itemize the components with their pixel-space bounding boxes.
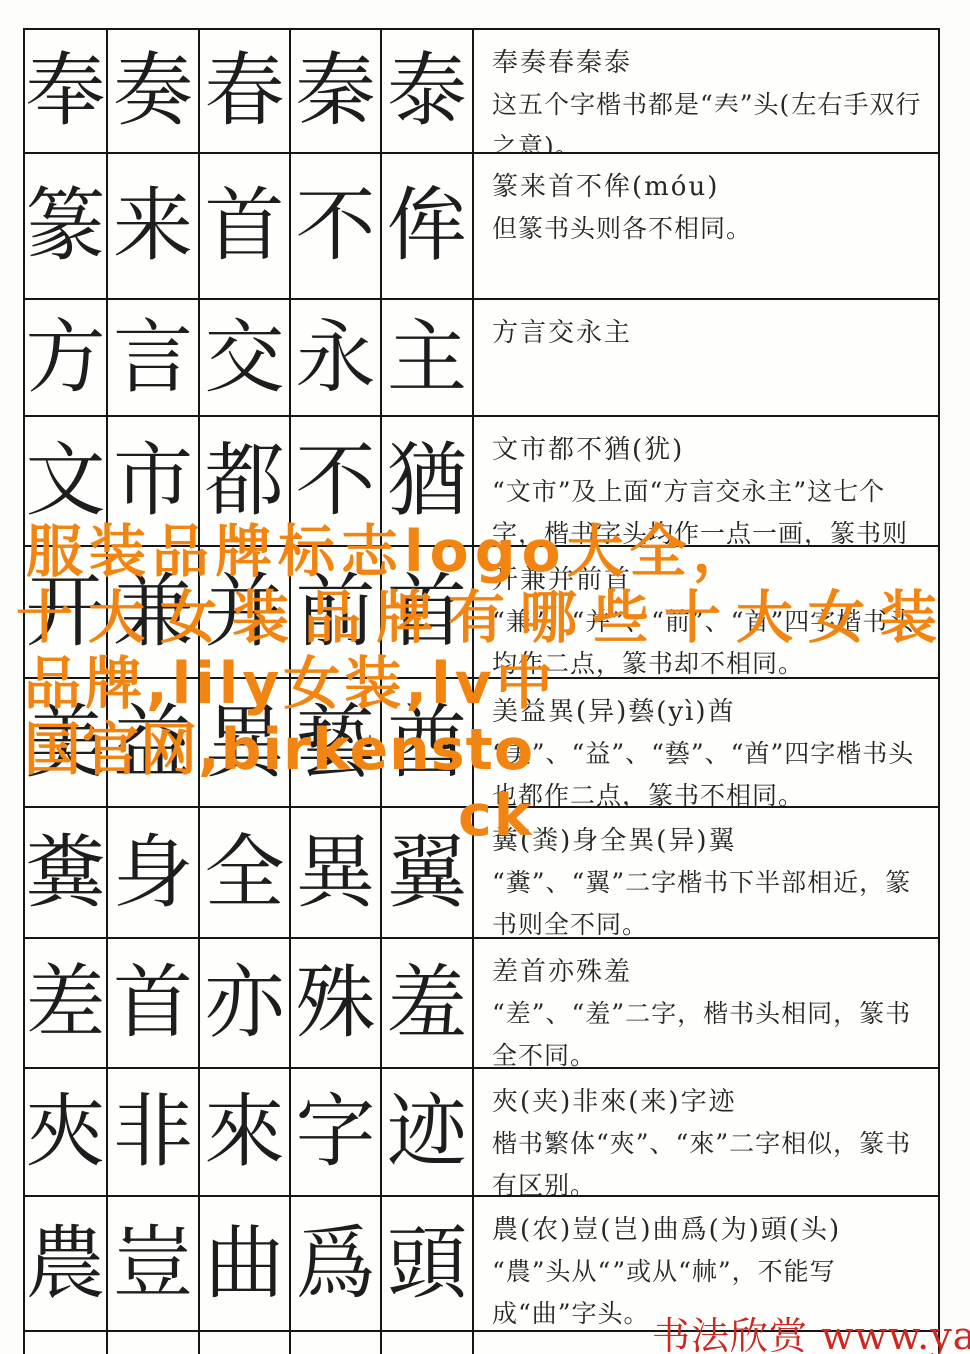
- seo-overlay-line-1: 服装品牌标志logo大全，: [26, 524, 756, 581]
- explanation-cell: 差首亦殊羞“差”、“羞”二字，楷书头相同，篆书全不同。: [474, 939, 938, 1069]
- explanation-cell: 奉奏春秦泰这五个字楷书都是“𡗗”头(𠬜左右手双行之意)。: [474, 30, 938, 154]
- seal-glyph-cell: 秦: [291, 30, 382, 154]
- seal-glyph-cell: 春: [200, 30, 291, 154]
- seal-glyph-cell: 全: [200, 808, 291, 939]
- seal-glyph-cell: 方: [25, 300, 108, 417]
- seal-glyph-cell: 羞: [382, 939, 474, 1069]
- row-title: 差首亦殊羞: [492, 951, 922, 993]
- seal-glyph-cell: 頭: [382, 1197, 474, 1332]
- cropped-row-cell: [25, 1332, 108, 1354]
- explanation-cell: 篆来首不侔(móu)但篆书头则各不相同。: [474, 154, 938, 300]
- seal-glyph-cell: 農: [25, 1197, 108, 1332]
- seo-overlay-line-3: 品牌,lily女装,lv中: [24, 656, 557, 713]
- site-watermark: 书法欣赏 www.yac8.com: [652, 1316, 970, 1354]
- seal-glyph-cell: 夾: [25, 1069, 108, 1197]
- row-title: 奉奏春秦泰: [492, 42, 922, 84]
- seo-overlay-line-5: ck: [458, 788, 534, 845]
- row-note: “美”、“益”、“兿”、“酋”四字楷书头也都作二点，篆书不相同。: [492, 733, 922, 808]
- row-title: 篆来首不侔(móu): [492, 166, 922, 208]
- seal-glyph-cell: 篆: [25, 154, 108, 300]
- row-title: 文市都不猶(犹): [492, 429, 922, 471]
- seal-glyph-cell: 殊: [291, 939, 382, 1069]
- row-note: 这五个字楷书都是“𡗗”头(𠬜左右手双行之意)。: [492, 84, 922, 154]
- explanation-cell: 農(农)豈(岂)曲爲(为)頭(头)“農”头从“𠚍”或从“𣏟”，不能写成“曲”字头…: [474, 1197, 938, 1332]
- seal-glyph-cell: 不: [291, 154, 382, 300]
- row-note: “糞”、“翼”二字楷书下半部相近，篆书则全不同。: [492, 862, 922, 939]
- seal-glyph-cell: 交: [200, 300, 291, 417]
- row-note: 但篆书头则各不相同。: [492, 208, 922, 250]
- seal-glyph-cell: 首: [108, 939, 200, 1069]
- seal-glyph-cell: 字: [291, 1069, 382, 1197]
- row-title: 方言交永主: [492, 312, 922, 354]
- seal-glyph-cell: 奉: [25, 30, 108, 154]
- seal-glyph-cell: 糞: [25, 808, 108, 939]
- row-note: “差”、“羞”二字，楷书头相同，篆书全不同。: [492, 993, 922, 1069]
- seal-glyph-cell: 泰: [382, 30, 474, 154]
- seal-glyph-cell: 永: [291, 300, 382, 417]
- seal-glyph-cell: 言: [108, 300, 200, 417]
- seal-glyph-cell: 首: [200, 154, 291, 300]
- seal-glyph-cell: 豈: [108, 1197, 200, 1332]
- seal-glyph-cell: 來: [200, 1069, 291, 1197]
- seal-glyph-cell: 迹: [382, 1069, 474, 1197]
- explanation-cell: 糞(粪)身全異(异)翼“糞”、“翼”二字楷书下半部相近，篆书则全不同。: [474, 808, 938, 939]
- explanation-cell: 方言交永主: [474, 300, 938, 417]
- cropped-row-cell: [291, 1332, 382, 1354]
- seo-overlay-line-4: 国官网,birkensto: [24, 722, 534, 779]
- row-title: 糞(粪)身全異(异)翼: [492, 820, 922, 862]
- seal-glyph-cell: 非: [108, 1069, 200, 1197]
- cropped-row-cell: [108, 1332, 200, 1354]
- explanation-cell: 夾(夹)非來(来)字迹楷书繁体“夾”、“來”二字相似，篆书有区别。: [474, 1069, 938, 1197]
- seo-overlay-line-2: 十大女装品牌有哪些十大女装: [16, 590, 952, 647]
- seal-glyph-cell: 身: [108, 808, 200, 939]
- row-note: 楷书繁体“夾”、“來”二字相似，篆书有区别。: [492, 1123, 922, 1197]
- seal-glyph-cell: 異: [291, 808, 382, 939]
- seal-glyph-cell: 爲: [291, 1197, 382, 1332]
- row-title: 夾(夹)非來(来)字迹: [492, 1081, 922, 1123]
- cropped-row-cell: [200, 1332, 291, 1354]
- seal-glyph-cell: 亦: [200, 939, 291, 1069]
- seal-glyph-cell: 差: [25, 939, 108, 1069]
- seal-glyph-cell: 侔: [382, 154, 474, 300]
- seal-glyph-cell: 来: [108, 154, 200, 300]
- row-title: 農(农)豈(岂)曲爲(为)頭(头): [492, 1209, 922, 1251]
- cropped-row-cell: [382, 1332, 474, 1354]
- seal-glyph-cell: 奏: [108, 30, 200, 154]
- seal-glyph-cell: 主: [382, 300, 474, 417]
- scanned-calligraphy-page: 奉奏春秦泰奉奏春秦泰这五个字楷书都是“𡗗”头(𠬜左右手双行之意)。篆来首不侔篆来…: [0, 0, 970, 1354]
- seal-glyph-cell: 曲: [200, 1197, 291, 1332]
